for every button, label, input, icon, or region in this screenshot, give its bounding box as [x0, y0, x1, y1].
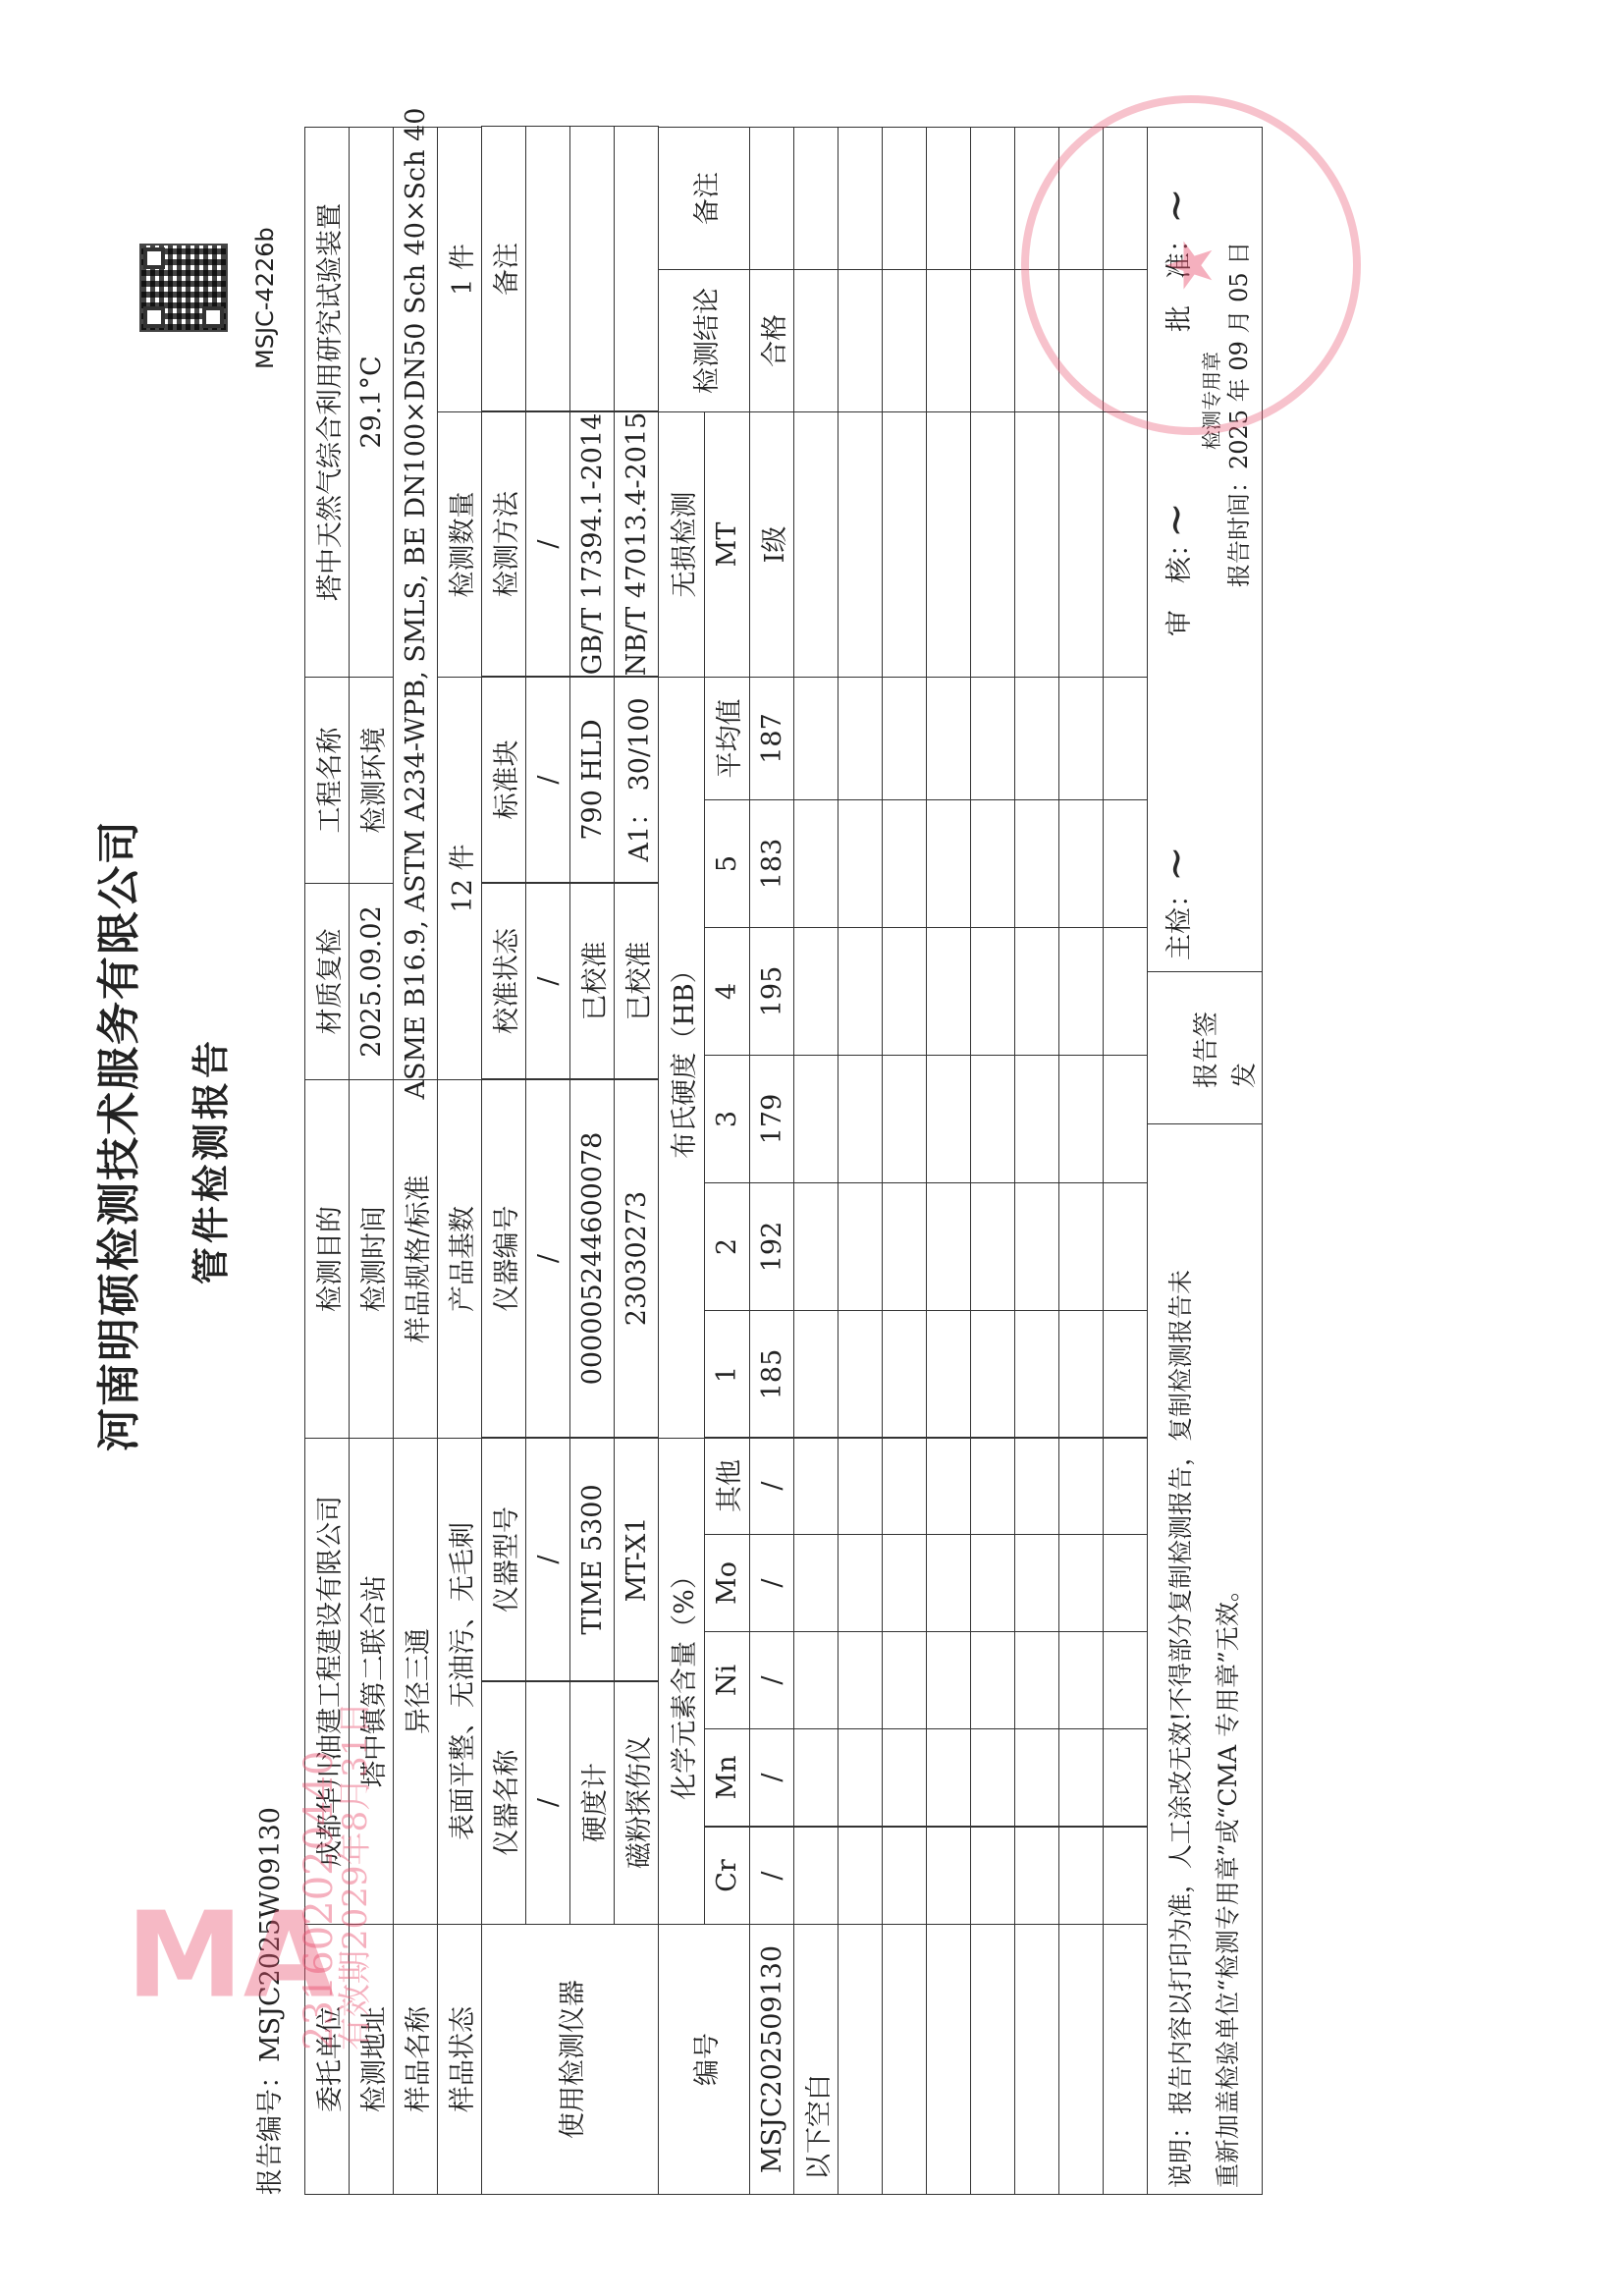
blank-cell: [838, 127, 883, 270]
ndt-result: I级: [749, 411, 794, 678]
instrument-cell: /: [525, 676, 570, 884]
blank-cell: [838, 1924, 883, 2195]
sample-name-label: 样品名称: [393, 1924, 438, 2195]
remark-value: [793, 127, 839, 270]
instrument-cell: 23030273: [614, 1078, 659, 1439]
hb-value: [793, 1310, 839, 1439]
hb-value: [793, 927, 839, 1056]
chem-value: [793, 1437, 839, 1535]
hb-value: 183: [749, 799, 794, 928]
blank-cell: [1058, 1437, 1104, 1535]
instrument-cell: MT-X1: [614, 1437, 659, 1682]
blank-cell: [1058, 677, 1104, 800]
report-title: 管件检测报告: [192, 1037, 230, 1285]
footer-notes-cell: [1147, 1123, 1263, 2195]
blank-cell: [1103, 1055, 1148, 1183]
instrument-cell: 已校准: [569, 882, 615, 1080]
instrument-header-2: 仪器编号: [481, 1078, 526, 1439]
blank-cell: [970, 799, 1015, 928]
footer-note-line-2: 重新加盖检验单位“检测专用章”或“CMA 专用章”无效。: [1216, 1577, 1240, 2188]
instrument-cell: /: [525, 882, 570, 1080]
blank-cell: [1058, 1534, 1104, 1632]
ndt-method: MT: [704, 411, 750, 678]
blank-cell: [838, 269, 883, 412]
qr-code-icon: [139, 244, 228, 332]
chem-value: [793, 1728, 839, 1827]
blank-cell: [1014, 1924, 1059, 2195]
instrument-cell: [569, 126, 615, 412]
blank-cell: [1058, 1310, 1104, 1439]
chem-col-0: Cr: [704, 1827, 750, 1925]
spec-value: ASME B16.9, ASTM A234-WPB, SMLS, BE DN10…: [393, 127, 438, 1080]
blank-cell: [1058, 1924, 1104, 2195]
blank-cell: [1058, 1728, 1104, 1827]
spec-label: 样品规格/标准: [393, 1079, 438, 1439]
hb-col-5: 平均值: [704, 677, 750, 800]
blank-cell: [882, 411, 927, 678]
blank-cell: [1014, 1631, 1059, 1729]
remark-header: 备注: [658, 127, 750, 270]
blank-cell: [1058, 411, 1104, 678]
sample-state-value: 表面平整、无油污、无毛刺: [437, 1438, 482, 1925]
result-id: MSJC202509130: [749, 1924, 794, 2195]
instrument-cell: 已校准: [614, 882, 659, 1080]
blank-cell: [970, 677, 1015, 800]
instrument-cell: NB/T 47013.4-2015: [614, 410, 659, 678]
chem-col-4: 其他: [704, 1437, 750, 1535]
conclusion-header: 检测结论: [658, 269, 750, 412]
conclusion-value: 合格: [749, 269, 794, 412]
cma-code: 231602020440: [299, 1751, 339, 2050]
blank-cell: [1103, 799, 1148, 928]
date-label: 检测时间: [349, 1079, 394, 1439]
chem-value: /: [749, 1437, 794, 1535]
blank-cell: [1014, 799, 1059, 928]
instrument-cell: [614, 126, 659, 412]
blank-cell: [1058, 1827, 1104, 1925]
hb-value: [793, 677, 839, 800]
blank-cell: [882, 1437, 927, 1535]
blank-cell: [970, 1534, 1015, 1632]
blank-cell: [838, 799, 883, 928]
instrument-header-1: 仪器型号: [481, 1437, 526, 1682]
blank-cell: [1058, 1182, 1104, 1311]
hb-value: [793, 1055, 839, 1183]
purpose-value: 材质复检: [304, 883, 350, 1080]
chem-value: [793, 1827, 839, 1925]
blank-cell: [882, 269, 927, 412]
instruments-section-label: 使用检测仪器: [481, 1924, 659, 2195]
blank-cell: [882, 1924, 927, 2195]
blank-cell: [1058, 1055, 1104, 1183]
blank-cell: [926, 1534, 971, 1632]
blank-cell: [882, 927, 927, 1056]
blank-cell: [838, 1310, 883, 1439]
remark-value: [749, 127, 794, 270]
report-time-label: 报告时间：: [1227, 469, 1251, 587]
instrument-header-3: 校准状态: [481, 882, 526, 1080]
company-seal-icon: ★: [1021, 95, 1361, 435]
instrument-header-6: 备注: [481, 126, 526, 412]
ndt-result: [793, 411, 839, 678]
ndt-header: 无损检测: [658, 411, 705, 678]
blank-cell: [1103, 677, 1148, 800]
blank-cell: [882, 127, 927, 270]
blank-cell: [970, 927, 1015, 1056]
blank-cell: [882, 1827, 927, 1925]
blank-cell: [882, 1055, 927, 1183]
chem-value: /: [749, 1728, 794, 1827]
qty-value: 1 件: [437, 127, 482, 412]
result-id-header: 编号: [658, 1924, 750, 2195]
blank-cell: [882, 1310, 927, 1439]
blank-cell: [882, 677, 927, 800]
instrument-cell: 磁粉探伤仪: [614, 1680, 659, 1925]
instrument-cell: 硬度计: [569, 1680, 615, 1925]
blank-cell: [1014, 1534, 1059, 1632]
conclusion-value: [793, 269, 839, 412]
purpose-label: 检测目的: [304, 1079, 350, 1439]
blank-cell: [838, 1437, 883, 1535]
hb-value: 185: [749, 1310, 794, 1439]
blank-cell: [1103, 1310, 1148, 1439]
blank-cell: [970, 1310, 1015, 1439]
sample-state-label: 样品状态: [437, 1924, 482, 2195]
blank-cell: [838, 1728, 883, 1827]
blank-cell: [970, 1728, 1015, 1827]
blank-cell: [926, 1310, 971, 1439]
report-page: 河南明硕检测技术服务有限公司 管件检测报告 报告编号： MSJC2025W091…: [0, 0, 1623, 2296]
blank-cell: [926, 1055, 971, 1183]
chem-value: /: [749, 1534, 794, 1632]
blank-cell: [838, 1631, 883, 1729]
blank-cell: [838, 1827, 883, 1925]
hb-value: [793, 799, 839, 928]
blank-cell: [838, 1055, 883, 1183]
blank-cell: [926, 1631, 971, 1729]
instrument-cell: 000005244600078: [569, 1078, 615, 1439]
blank-cell: [882, 799, 927, 928]
hb-value: 192: [749, 1182, 794, 1311]
blank-cell: [1058, 927, 1104, 1056]
company-name: 河南明硕检测技术服务有限公司: [98, 819, 141, 1451]
blank-cell: [838, 927, 883, 1056]
blank-cell: [1058, 799, 1104, 928]
instrument-header-4: 标准块: [481, 676, 526, 884]
blank-cell: [838, 1534, 883, 1632]
base-label: 产品基数: [437, 1079, 482, 1439]
form-code: MSJC-4226b: [253, 227, 277, 369]
chem-header: 化学元素含量（%）: [658, 1438, 705, 1925]
result-id: 以下空白: [793, 1924, 839, 2195]
inspector-signature: ~: [1151, 846, 1201, 882]
blank-cell: [882, 1182, 927, 1311]
instrument-header-0: 仪器名称: [481, 1680, 526, 1925]
qty-label: 检测数量: [437, 411, 482, 678]
hb-value: 187: [749, 677, 794, 800]
blank-cell: [882, 1534, 927, 1632]
blank-cell: [838, 1182, 883, 1311]
blank-cell: [838, 677, 883, 800]
hb-col-3: 4: [704, 927, 750, 1056]
blank-cell: [926, 1827, 971, 1925]
hb-col-1: 2: [704, 1182, 750, 1311]
blank-cell: [1103, 411, 1148, 678]
blank-cell: [1014, 1310, 1059, 1439]
env-label: 检测环境: [349, 677, 394, 884]
blank-cell: [1014, 1437, 1059, 1535]
chem-col-1: Mn: [704, 1728, 750, 1827]
chem-value: /: [749, 1631, 794, 1729]
blank-cell: [926, 269, 971, 412]
instrument-cell: /: [525, 410, 570, 678]
blank-cell: [970, 1182, 1015, 1311]
instrument-cell: GB/T 17394.1-2014: [569, 410, 615, 678]
blank-cell: [1103, 927, 1148, 1056]
blank-cell: [1014, 411, 1059, 678]
blank-cell: [970, 269, 1015, 412]
instrument-cell: A1： 30/100: [614, 676, 659, 884]
instrument-header-5: 检测方法: [481, 410, 526, 678]
blank-cell: [882, 1728, 927, 1827]
reviewer-signature: ~: [1151, 502, 1201, 538]
reviewer-label: 审 核：: [1166, 530, 1193, 636]
blank-cell: [1103, 1924, 1148, 2195]
instrument-cell: [525, 126, 570, 412]
blank-cell: [926, 1728, 971, 1827]
chem-col-3: Mo: [704, 1534, 750, 1632]
chem-value: [793, 1631, 839, 1729]
instrument-cell: /: [525, 1680, 570, 1925]
hb-value: 195: [749, 927, 794, 1056]
blank-cell: [970, 127, 1015, 270]
blank-cell: [926, 1437, 971, 1535]
hb-col-4: 5: [704, 799, 750, 928]
sample-name-value: 异径三通: [393, 1438, 438, 1925]
chem-value: [793, 1534, 839, 1632]
project-value: 塔中天然气综合利用研究试验装置: [304, 127, 350, 678]
cma-validity: 有效期2029年8月31日: [339, 1702, 372, 2050]
env-value: 29.1°C: [349, 127, 394, 678]
blank-cell: [970, 1631, 1015, 1729]
blank-cell: [1103, 1827, 1148, 1925]
blank-cell: [926, 411, 971, 678]
blank-cell: [970, 1827, 1015, 1925]
hb-header: 布氏硬度（HB）: [658, 677, 705, 1439]
blank-cell: [926, 799, 971, 928]
inspector-label: 主检：: [1166, 881, 1193, 960]
blank-cell: [1014, 1182, 1059, 1311]
instrument-cell: /: [525, 1078, 570, 1439]
date-value: 2025.09.02: [349, 883, 394, 1080]
hb-col-2: 3: [704, 1055, 750, 1183]
blank-cell: [970, 1437, 1015, 1535]
blank-cell: [970, 411, 1015, 678]
blank-cell: [838, 411, 883, 678]
blank-cell: [926, 127, 971, 270]
base-value: 12 件: [437, 677, 482, 1080]
blank-cell: [1103, 1182, 1148, 1311]
project-label: 工程名称: [304, 677, 350, 884]
blank-cell: [1014, 677, 1059, 800]
blank-cell: [1014, 1728, 1059, 1827]
instrument-cell: 790 HLD: [569, 676, 615, 884]
instrument-cell: /: [525, 1437, 570, 1682]
chem-value: /: [749, 1827, 794, 1925]
hb-value: 179: [749, 1055, 794, 1183]
blank-cell: [926, 1924, 971, 2195]
hb-col-0: 1: [704, 1310, 750, 1439]
blank-cell: [1103, 1437, 1148, 1535]
blank-cell: [926, 1182, 971, 1311]
blank-cell: [1014, 1827, 1059, 1925]
blank-cell: [1103, 1728, 1148, 1827]
blank-cell: [1014, 1055, 1059, 1183]
report-number-label: 报告编号：: [257, 2062, 284, 2195]
blank-cell: [1103, 1534, 1148, 1632]
blank-cell: [882, 1631, 927, 1729]
blank-cell: [926, 677, 971, 800]
hb-value: [793, 1182, 839, 1311]
report-sign-label: 报告签发: [1188, 1010, 1265, 1088]
blank-cell: [926, 927, 971, 1056]
blank-cell: [970, 1055, 1015, 1183]
blank-cell: [1014, 927, 1059, 1056]
blank-cell: [1058, 1631, 1104, 1729]
instrument-cell: TIME 5300: [569, 1437, 615, 1682]
blank-cell: [1103, 1631, 1148, 1729]
chem-col-2: Ni: [704, 1631, 750, 1729]
blank-cell: [970, 1924, 1015, 2195]
footer-note-line-1: 说明：报告内容以打印为准，人工涂改无效!不得部分复制检测报告，复制检测报告未: [1168, 1270, 1193, 2188]
